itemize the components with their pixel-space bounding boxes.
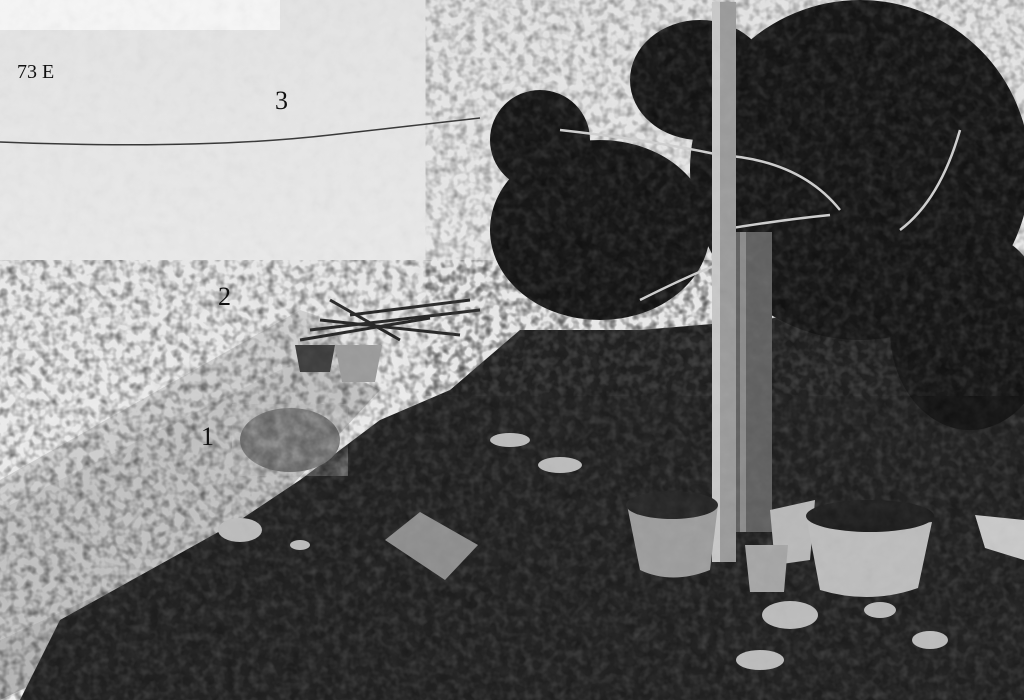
marker-1-label: 1 [201, 424, 214, 450]
marker-2-label: 2 [218, 284, 231, 310]
marker-3-label: 3 [275, 88, 288, 114]
courtyard-scene [0, 0, 1024, 700]
photo-id-label: 73 E [17, 62, 54, 82]
photograph: 73 E 3 2 1 [0, 0, 1024, 700]
